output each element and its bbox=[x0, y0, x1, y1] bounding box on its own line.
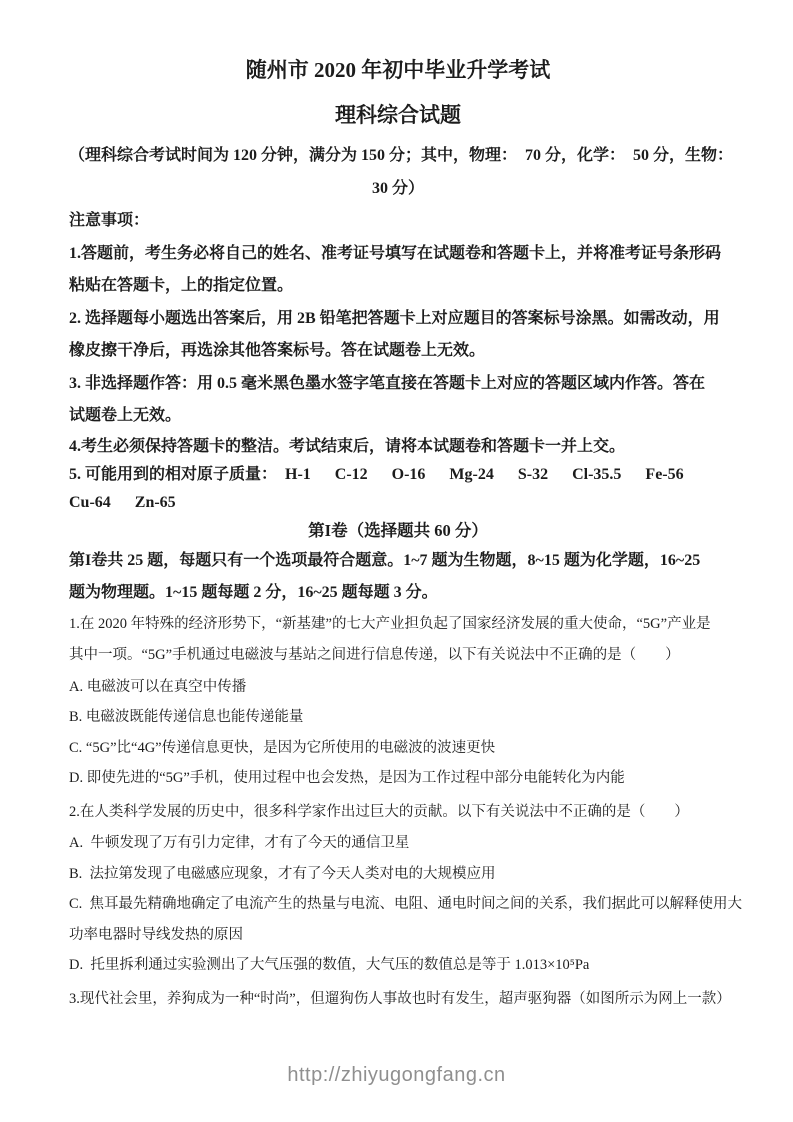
notice-line-4: 4.考生必须保持答题卡的整洁。考试结束后，请将本试题卷和答题卡一并上交。 bbox=[69, 433, 727, 461]
section-1-heading: 第I卷（选择题共 60 分） bbox=[69, 517, 727, 545]
notice-line-2b: 橡皮擦干净后，再选涂其他答案标号。答在试题卷上无效。 bbox=[69, 335, 727, 368]
question-2-option-c-line-2: 功率电器时导线发热的原因 bbox=[69, 920, 727, 951]
question-2-option-d: D. 托里拆利通过实验测出了大气压强的数值，大气压的数值总是等于 1.013×1… bbox=[69, 950, 727, 981]
paper-title: 理科综合试题 bbox=[69, 100, 727, 130]
exam-title: 随州市 2020 年初中毕业升学考试 bbox=[69, 55, 727, 85]
question-2-option-a: A. 牛顿发现了万有引力定律，才有了今天的通信卫星 bbox=[69, 828, 727, 859]
notice-line-3a: 3. 非选择题作答：用 0.5 毫米黑色墨水签字笔直接在答题卡上对应的答题区域内… bbox=[69, 368, 727, 401]
question-1-stem-line-2: 其中一项。“5G”手机通过电磁波与基站之间进行信息传递，以下有关说法中不正确的是… bbox=[69, 640, 727, 672]
question-3: 3.现代社会里，养狗成为一种“时尚”，但遛狗伤人事故也时有发生，超声驱狗器（如图… bbox=[69, 984, 727, 1016]
exam-paper-page: 随州市 2020 年初中毕业升学考试 理科综合试题 （理科综合考试时间为 120… bbox=[0, 0, 793, 1122]
notice-line-3b: 试题卷上无效。 bbox=[69, 400, 727, 433]
question-2: 2.在人类科学发展的历史中，很多科学家作出过巨大的贡献。以下有关说法中不正确的是… bbox=[69, 797, 727, 981]
notice-line-2a: 2. 选择题每小题选出答案后，用 2B 铅笔把答题卡上对应题目的答案标号涂黑。如… bbox=[69, 303, 727, 336]
notice-line-1b: 粘贴在答题卡，上的指定位置。 bbox=[69, 270, 727, 303]
atomic-mass-line-2: Cu-64 Zn-65 bbox=[69, 489, 727, 517]
section-1-intro-line-2: 题为物理题。1~15 题每题 2 分，16~25 题每题 3 分。 bbox=[69, 577, 727, 609]
question-1-stem-line-1: 1.在 2020 年特殊的经济形势下，“新基建”的七大产业担负起了国家经济发展的… bbox=[69, 609, 727, 641]
question-1-option-c: C. “5G”比“4G”传递信息更快，是因为它所使用的电磁波的波速更快 bbox=[69, 733, 727, 764]
watermark-url: http://zhiyugongfang.cn bbox=[0, 1064, 793, 1087]
section-1-intro-line-1: 第I卷共 25 题，每题只有一个选项最符合题意。1~7 题为生物题，8~15 题… bbox=[69, 545, 727, 577]
question-1-option-b: B. 电磁波既能传递信息也能传递能量 bbox=[69, 702, 727, 733]
question-1-option-d: D. 即使先进的“5G”手机，使用过程中也会发热，是因为工作过程中部分电能转化为… bbox=[69, 763, 727, 794]
question-1: 1.在 2020 年特殊的经济形势下，“新基建”的七大产业担负起了国家经济发展的… bbox=[69, 609, 727, 794]
atomic-mass-line-1: 5. 可能用到的相对原子质量： H-1 C-12 O-16 Mg-24 S-32… bbox=[69, 461, 727, 489]
notice-heading: 注意事项： bbox=[69, 205, 727, 238]
notice-line-1a: 1.答题前，考生务必将自己的姓名、准考证号填写在试题卷和答题卡上，并将准考证号条… bbox=[69, 238, 727, 271]
question-2-option-b: B. 法拉第发现了电磁感应现象，才有了今天人类对电的大规模应用 bbox=[69, 859, 727, 890]
question-3-stem-line-1: 3.现代社会里，养狗成为一种“时尚”，但遛狗伤人事故也时有发生，超声驱狗器（如图… bbox=[69, 984, 727, 1016]
question-2-stem-line-1: 2.在人类科学发展的历史中，很多科学家作出过巨大的贡献。以下有关说法中不正确的是… bbox=[69, 797, 727, 829]
question-2-option-c-line-1: C. 焦耳最先精确地确定了电流产生的热量与电流、电阻、通电时间之间的关系，我们据… bbox=[69, 889, 727, 920]
exam-meta-line-1: （理科综合考试时间为 120 分钟，满分为 150 分；其中，物理： 70 分，… bbox=[69, 140, 727, 173]
question-1-option-a: A. 电磁波可以在真空中传播 bbox=[69, 672, 727, 703]
exam-meta-line-2: 30 分） bbox=[69, 173, 727, 206]
